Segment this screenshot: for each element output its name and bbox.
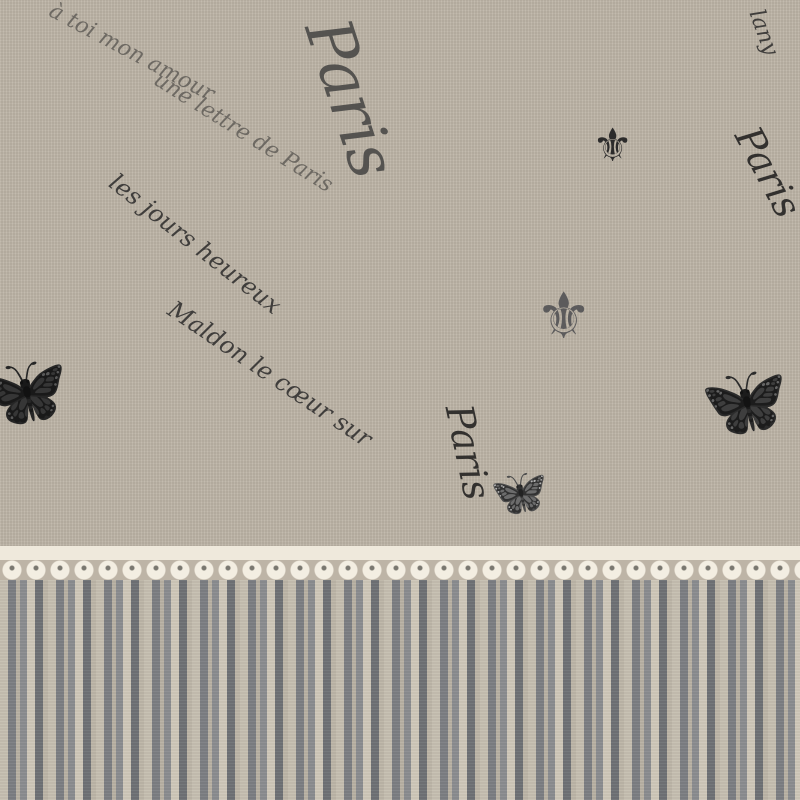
paris-label: Paris bbox=[726, 119, 800, 225]
handwriting-line: les jours heureux bbox=[104, 168, 287, 320]
corner-text: lany bbox=[744, 6, 783, 58]
fleur-de-lis-icon: ⚜ bbox=[592, 118, 633, 172]
striped-panel bbox=[0, 580, 800, 800]
butterfly-icon: 🦋 bbox=[490, 465, 547, 520]
linen-print-panel: Paris à toi mon amour une lettre de Pari… bbox=[0, 0, 800, 548]
fleur-de-lis-icon: ⚜ bbox=[535, 280, 592, 354]
butterfly-icon: 🦋 bbox=[700, 360, 787, 443]
lace-trim-centers bbox=[0, 562, 800, 574]
butterfly-icon: 🦋 bbox=[0, 350, 67, 433]
fabric-photo: Paris à toi mon amour une lettre de Pari… bbox=[0, 0, 800, 800]
